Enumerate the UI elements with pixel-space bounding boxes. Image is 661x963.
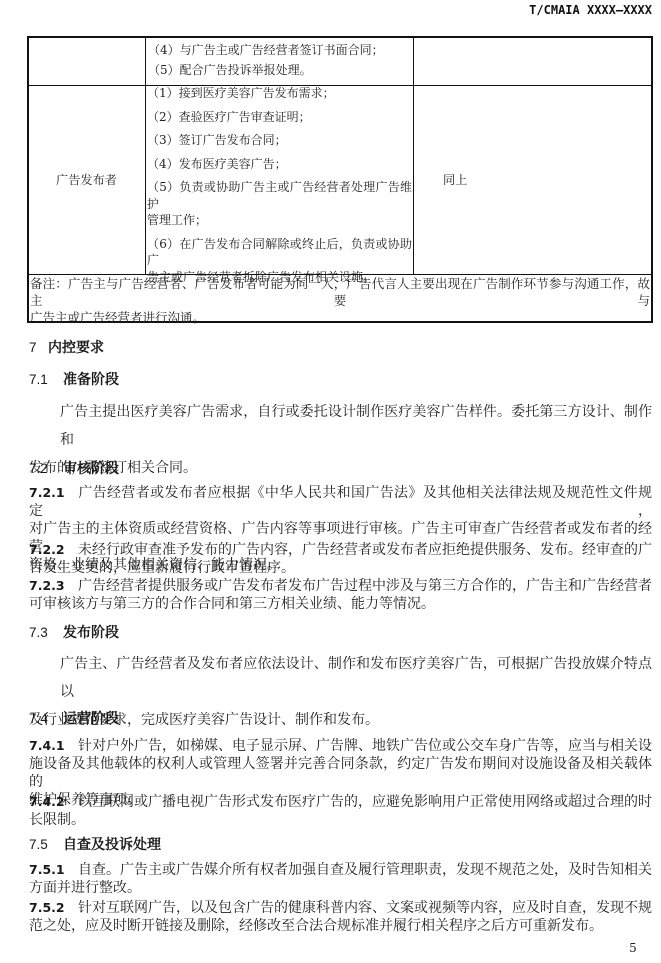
clause-text: 针对户外广告，如梯媒、电子显示屏、广告牌、地铁广告位或公交车身广告等，应当与相关… [78, 738, 652, 754]
duty-line: （1）接到医疗美容广告发布需求； [147, 85, 412, 102]
clause-line: 7.2.2未经行政审查准予发布的广告内容，广告经营者或发布者应拒绝提供服务、发布… [29, 541, 652, 559]
subsection-number: 7.5 [29, 835, 63, 855]
duty-item: （1）接到医疗美容广告发布需求； [147, 85, 412, 102]
subsection-number: 7.3 [29, 623, 63, 643]
clause-line: 7.5.2针对互联网广告，以及包含广告的健康科普内容、文案或视频等内容，应及时自… [29, 899, 652, 917]
document-code-header: T/CMAIA XXXX—XXXX [529, 2, 652, 18]
subsection-title: 自查及投诉处理 [63, 837, 161, 853]
clause-7-5-1: 7.5.1自查。广告主或广告媒介所有权者加强自查及履行管理职责，发现不规范之处，… [29, 861, 652, 897]
clause-text: 未经行政审查准予发布的广告内容，广告经营者或发布者应拒绝提供服务、发布。经审查的… [78, 542, 652, 558]
clause-number: 7.5.2 [29, 899, 78, 917]
duty-line: （4）发布医疗美容广告； [147, 156, 412, 173]
clause-number: 7.2.3 [29, 577, 78, 595]
clause-line: 长限制。 [29, 811, 652, 829]
clause-text: 以互联网或广播电视广告形式发布医疗广告的，应避免影响用户正常使用网络或超过合理的… [78, 794, 652, 810]
paragraph-line: 广告主、广告经营者及发布者应依法设计、制作和发布医疗美容广告，可根据广告投放媒介… [29, 650, 652, 706]
subsection-title: 准备阶段 [63, 372, 119, 388]
note-line: 备注：广告主与广告经营者、广告发布者可能为同一人，广告代言人主要出现在广告制作环… [30, 275, 650, 309]
clause-text: 广告经营者提供服务或广告发布者发布广告过程中涉及与第三方合作的，广告主和广告经营… [78, 578, 652, 594]
duty-line: （2）查验医疗广告审查证明； [147, 109, 412, 126]
table-row-continued-duties: （4）与广告主或广告经营者签订书面合同； （5）配合广告投诉举报处理。 [146, 37, 412, 80]
clause-number: 7.4.1 [29, 737, 78, 755]
page-number: 5 [626, 940, 640, 956]
clause-text: 广告经营者或发布者应根据《中华人民共和国广告法》及其他相关法律法规及规范性文件规… [29, 485, 652, 519]
clause-line: 7.2.3广告经营者提供服务或广告发布者发布广告过程中涉及与第三方合作的，广告主… [29, 577, 652, 595]
clause-number: 7.5.1 [29, 861, 78, 879]
duty-item: （5）配合广告投诉举报处理。 [148, 60, 412, 80]
section-title: 内控要求 [48, 340, 104, 356]
clause-line: 施设备及其他载体的权利人或管理人签署并完善合同条款，约定广告发布期间对设施设备及… [29, 755, 652, 791]
subsection-heading-7-2: 7.2审核阶段 [29, 459, 119, 479]
paragraph-7-1: 广告主提出医疗美容广告需求，自行或委托设计制作医疗美容广告样件。委托第三方设计、… [29, 398, 652, 482]
clause-7-2-3: 7.2.3广告经营者提供服务或广告发布者发布广告过程中涉及与第三方合作的，广告主… [29, 577, 652, 613]
duty-line: （6）在广告发布合同解除或终止后，负责或协助广 [147, 236, 412, 269]
table-cell-duties: （1）接到医疗美容广告发布需求； （2）查验医疗广告审查证明； （3）签订广告发… [146, 85, 412, 292]
duty-line: 管理工作； [147, 212, 412, 229]
subsection-number: 7.4 [29, 709, 63, 729]
duty-item: （2）查验医疗广告审查证明； [147, 109, 412, 126]
paragraph-line: 发布的，需签订相关合同。 [29, 454, 652, 482]
section-number: 7 [29, 338, 48, 358]
duty-item: （3）签订广告发布合同； [147, 132, 412, 149]
clause-text: 自查。广告主或广告媒介所有权者加强自查及履行管理职责，发现不规范之处，及时告知相… [78, 862, 652, 878]
paragraph-line: 广告主提出医疗美容广告需求，自行或委托设计制作医疗美容广告样件。委托第三方设计、… [29, 398, 652, 454]
clause-line: 范之处，应及时断开链接及删除，经修改至合法合规标准并履行相关程序之后方可重新发布… [29, 917, 652, 935]
clause-line: 告发生变更的，应重新履行行政审查程序。 [29, 559, 652, 577]
clause-number: 7.4.2 [29, 793, 78, 811]
subsection-title: 运营阶段 [63, 711, 119, 727]
clause-line: 7.2.1广告经营者或发布者应根据《中华人民共和国广告法》及其他相关法律法规及规… [29, 484, 652, 520]
clause-7-5-2: 7.5.2针对互联网广告，以及包含广告的健康科普内容、文案或视频等内容，应及时自… [29, 899, 652, 935]
clause-line: 7.4.1针对户外广告，如梯媒、电子显示屏、广告牌、地铁广告位或公交车身广告等，… [29, 737, 652, 755]
clause-line: 方面并进行整改。 [29, 879, 652, 897]
subsection-number: 7.1 [29, 370, 63, 390]
clause-line: 7.5.1自查。广告主或广告媒介所有权者加强自查及履行管理职责，发现不规范之处，… [29, 861, 652, 879]
subsection-heading-7-5: 7.5自查及投诉处理 [29, 835, 161, 855]
table-cell-remark: 同上 [443, 85, 467, 274]
remark-text: 同上 [443, 171, 467, 188]
duty-item: （4）发布医疗美容广告； [147, 156, 412, 173]
duty-item: （5）负责或协助广告主或广告经营者处理广告维护 管理工作； [147, 179, 412, 229]
subsection-heading-7-3: 7.3发布阶段 [29, 623, 119, 643]
subsection-heading-7-1: 7.1准备阶段 [29, 370, 119, 390]
paragraph-line: 及行业规范要求，完成医疗美容广告设计、制作和发布。 [29, 706, 652, 734]
subsection-title: 发布阶段 [63, 625, 119, 641]
clause-text: 针对互联网广告，以及包含广告的健康科普内容、文案或视频等内容，应及时自查，发现不… [78, 900, 652, 916]
table-note: 备注：广告主与广告经营者、广告发布者可能为同一人，广告代言人主要出现在广告制作环… [30, 274, 650, 326]
clause-line: 可审核该方与第三方的合作合同和第三方相关业绩、能力等情况。 [29, 595, 652, 613]
duty-line: （3）签订广告发布合同； [147, 132, 412, 149]
subsection-number: 7.2 [29, 459, 63, 479]
table-cell-role: 广告发布者 [28, 85, 145, 274]
subsection-heading-7-4: 7.4运营阶段 [29, 709, 119, 729]
clause-7-2-2: 7.2.2未经行政审查准予发布的广告内容，广告经营者或发布者应拒绝提供服务、发布… [29, 541, 652, 577]
table-divider-col2 [413, 37, 414, 274]
clause-number: 7.2.1 [29, 484, 78, 502]
clause-line: 7.4.2以互联网或广播电视广告形式发布医疗广告的，应避免影响用户正常使用网络或… [29, 793, 652, 811]
section-heading-7: 7内控要求 [29, 338, 104, 358]
document-page: T/CMAIA XXXX—XXXX （4）与广告主或广告经营者签订书面合同； （… [0, 0, 661, 963]
clause-number: 7.2.2 [29, 541, 78, 559]
duty-item: （4）与广告主或广告经营者签订书面合同； [148, 40, 412, 60]
role-label: 广告发布者 [56, 171, 117, 188]
duty-line: （5）负责或协助广告主或广告经营者处理广告维护 [147, 179, 412, 212]
clause-7-4-2: 7.4.2以互联网或广播电视广告形式发布医疗广告的，应避免影响用户正常使用网络或… [29, 793, 652, 829]
subsection-title: 审核阶段 [63, 461, 119, 477]
note-line: 广告主或广告经营者进行沟通。 [30, 309, 650, 326]
paragraph-7-3: 广告主、广告经营者及发布者应依法设计、制作和发布医疗美容广告，可根据广告投放媒介… [29, 650, 652, 734]
